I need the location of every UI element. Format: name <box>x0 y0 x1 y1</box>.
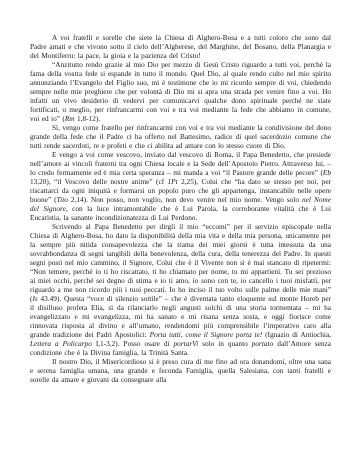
text-segment: E vengo a voi come vescovo, inviato dal … <box>30 150 331 177</box>
document-page: A voi fratelli e sorelle che siete la Ch… <box>0 0 360 466</box>
paragraph-3: Sì, vengo come fratello per rinfrancarmi… <box>30 123 331 150</box>
text-segment: I,1-3,2). Posso osare di <box>92 339 174 348</box>
text-segment: A voi fratelli e sorelle che siete la Ch… <box>30 33 331 60</box>
italic-text-segment: portato <box>252 339 274 348</box>
italic-text-segment: Lettera a Policarpo <box>30 339 92 348</box>
paragraph-6: Il nostro Dio, il Misericordioso si è pr… <box>30 357 331 384</box>
text-segment: 13,20), “il Vescovo delle nostre anime” … <box>30 177 168 186</box>
paragraph-2: “Anzitutto rendo grazie al mio Dio per m… <box>30 60 331 123</box>
text-segment: Scrivendo al Papa Benedetto per dirgli i… <box>30 222 331 303</box>
paragraph-4: E vengo a voi come vescovo, inviato dal … <box>30 150 331 222</box>
italic-text-segment: 1Pt <box>168 177 178 186</box>
italic-text-segment: portarVi <box>174 339 199 348</box>
italic-text-segment: Porta tutti, come il Signore porta te! <box>150 330 263 339</box>
italic-text-segment: Eb <box>323 168 331 177</box>
text-segment: Il nostro Dio, il Misericordioso si è pr… <box>30 357 331 384</box>
text-block: A voi fratelli e sorelle che siete la Ch… <box>30 33 331 384</box>
italic-text-segment: Rm <box>65 114 75 123</box>
text-segment: solo in quanto <box>198 339 252 348</box>
text-segment: 1,8-12). <box>75 114 101 123</box>
italic-text-segment: Tito <box>57 195 68 204</box>
paragraph-1: A voi fratelli e sorelle che siete la Ch… <box>30 33 331 60</box>
text-segment: , con la luce intramontabile che è Lui P… <box>30 204 331 222</box>
text-segment: 2,14). Non posso, non voglio, non devo v… <box>68 195 302 204</box>
text-segment: Sì, vengo come fratello per rinfrancarmi… <box>30 123 331 150</box>
text-segment: (Ignazio di Antiochia, <box>262 330 331 339</box>
paragraph-5: Scrivendo al Papa Benedetto per dirgli i… <box>30 222 331 357</box>
